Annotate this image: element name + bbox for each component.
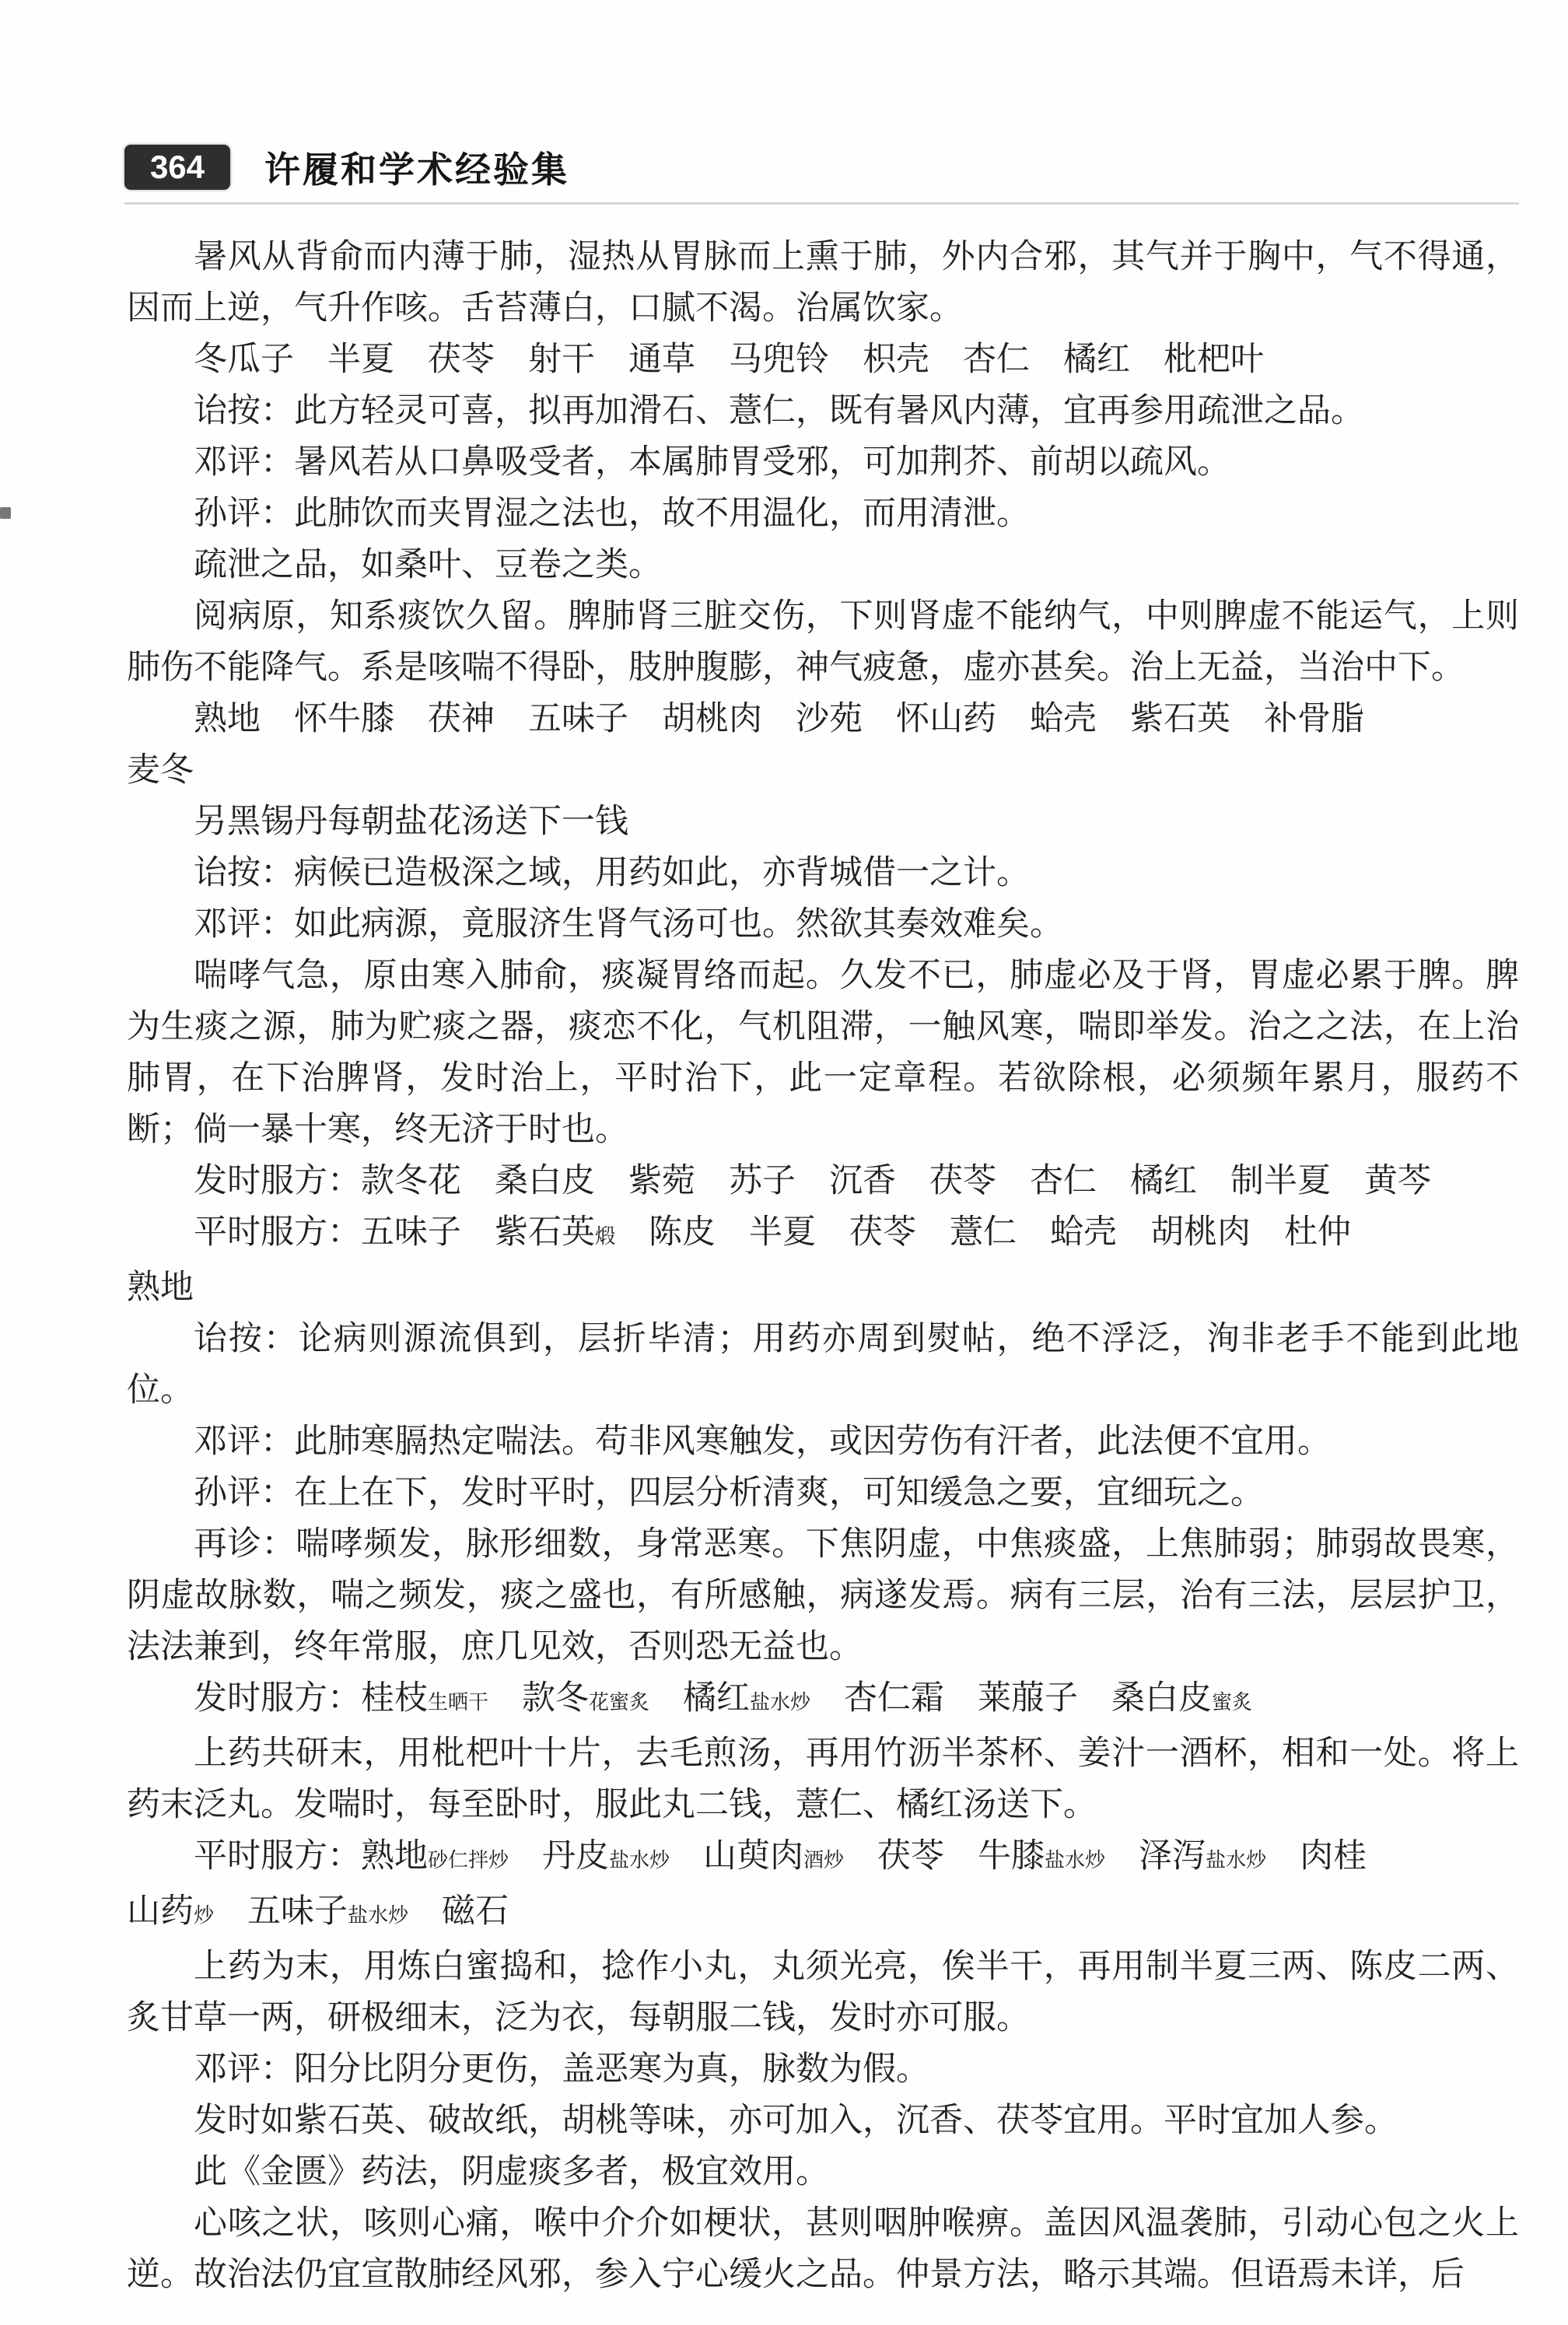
herb-prep-note: 盐水炒 xyxy=(348,1904,408,1927)
paragraph: 冬瓜子 半夏 茯苓 射干 通草 马兜铃 枳壳 杏仁 橘红 枇杷叶 xyxy=(127,334,1519,386)
herb-prep-note: 煅 xyxy=(595,1225,615,1248)
text-run: 邓评：如此病源，竟服济生肾气汤可也。然欲其奏效难矣。 xyxy=(194,906,1063,943)
text-run: 阅病原，知系痰饮久留。脾肺肾三脏交伤，下则肾虚不能纳气，中则脾虚不能运气，上则肺… xyxy=(127,598,1519,686)
text-run: 平时服方：熟地 xyxy=(194,1838,428,1875)
paragraph: 暑风从背俞而内薄于肺，湿热从胃脉而上熏于肺，外内合邪，其气并于胸中，气不得通，因… xyxy=(127,232,1519,334)
text-run: 上药为末，用炼白蜜捣和，捻作小丸，丸须光亮，俟半干，再用制半夏三两、陈皮二两、炙… xyxy=(127,1949,1519,2036)
text-run: 茯苓 牛膝 xyxy=(844,1838,1045,1875)
text-run: 发时服方：款冬花 桑白皮 紫菀 苏子 沉香 茯苓 杏仁 橘红 制半夏 黄芩 xyxy=(194,1163,1431,1199)
text-run: 杏仁霜 莱菔子 桑白皮 xyxy=(810,1680,1212,1717)
paragraph: 发时服方：桂枝生晒干 款冬花蜜炙 橘红盐水炒 杏仁霜 莱菔子 桑白皮蜜炙 xyxy=(127,1673,1519,1728)
herb-prep-note: 盐水炒 xyxy=(609,1849,670,1872)
text-run: 另黑锡丹每朝盐花汤送下一钱 xyxy=(194,804,628,840)
text-run: 泽泻 xyxy=(1105,1838,1206,1875)
text-run: 磁石 xyxy=(408,1893,509,1930)
paragraph: 上药共研末，用枇杷叶十片，去毛煎汤，再用竹沥半茶杯、姜汁一酒杯，相和一处。将上药… xyxy=(127,1728,1519,1831)
herb-prep-note: 生晒干 xyxy=(428,1691,488,1714)
book-page: 364 许履和学术经验集 暑风从背俞而内薄于肺，湿热从胃脉而上熏于肺，外内合邪，… xyxy=(0,0,1568,2325)
herb-prep-note: 盐水炒 xyxy=(1045,1849,1105,1872)
text-run: 邓评：阳分比阴分更伤，盖恶寒为真，脉数为假。 xyxy=(194,2051,929,2088)
herb-prep-note: 砂仁拌炒 xyxy=(428,1849,509,1872)
text-run: 山萸肉 xyxy=(670,1838,803,1875)
paragraph: 孙评：此肺饮而夹胃湿之法也，故不用温化，而用清泄。 xyxy=(127,488,1519,540)
text-run: 心咳之状，咳则心痛，喉中介介如梗状，甚则咽肿喉痹。盖因风温袭肺，引动心包之火上逆… xyxy=(127,2205,1519,2293)
text-run: 肉桂 xyxy=(1266,1838,1367,1875)
text-run: 山药 xyxy=(127,1893,194,1930)
text-run: 熟地 xyxy=(127,1269,194,1306)
text-run: 熟地 怀牛膝 茯神 五味子 胡桃肉 沙苑 怀山药 蛤壳 紫石英 补骨脂 xyxy=(194,701,1364,737)
page-body: 暑风从背俞而内薄于肺，湿热从胃脉而上熏于肺，外内合邪，其气并于胸中，气不得通，因… xyxy=(127,232,1519,2301)
text-run: 暑风从背俞而内薄于肺，湿热从胃脉而上熏于肺，外内合邪，其气并于胸中，气不得通，因… xyxy=(127,239,1519,327)
paragraph: 诒按：论病则源流俱到，层折毕清；用药亦周到熨帖，绝不浮泛，洵非老手不能到此地位。 xyxy=(127,1314,1519,1416)
text-run: 发时如紫石英、破故纸，胡桃等味，亦可加入，沉香、茯苓宜用。平时宜加人参。 xyxy=(194,2103,1398,2139)
paragraph: 疏泄之品，如桑叶、豆卷之类。 xyxy=(127,540,1519,591)
text-run: 橘红 xyxy=(649,1680,750,1717)
text-run: 诒按：此方轻灵可喜，拟再加滑石、薏仁，既有暑风内薄，宜再参用疏泄之品。 xyxy=(194,393,1364,429)
paragraph: 邓评：此肺寒膈热定喘法。苟非风寒触发，或因劳伤有汗者，此法便不宜用。 xyxy=(127,1416,1519,1468)
text-run: 丹皮 xyxy=(509,1838,609,1875)
paragraph: 上药为末，用炼白蜜捣和，捻作小丸，丸须光亮，俟半干，再用制半夏三两、陈皮二两、炙… xyxy=(127,1942,1519,2044)
paragraph: 另黑锡丹每朝盐花汤送下一钱 xyxy=(127,797,1519,848)
herb-prep-note: 盐水炒 xyxy=(750,1691,810,1714)
text-run: 孙评：在上在下，发时平时，四层分析清爽，可知缓急之要，宜细玩之。 xyxy=(194,1475,1264,1511)
text-run: 诒按：病候已造极深之域，用药如此，亦背城借一之计。 xyxy=(194,855,1030,891)
herb-prep-note: 炒 xyxy=(194,1904,214,1927)
text-run: 喘哮气急，原由寒入肺俞，痰凝胃络而起。久发不已，肺虚必及于肾，胃虚必累于脾。脾为… xyxy=(127,958,1519,1148)
text-run: 麦冬 xyxy=(127,752,194,789)
herb-prep-note: 酒炒 xyxy=(803,1849,844,1872)
paragraph: 平时服方：五味子 紫石英煅 陈皮 半夏 茯苓 薏仁 蛤壳 胡桃肉 杜仲熟地 xyxy=(127,1207,1519,1314)
paragraph: 发时如紫石英、破故纸，胡桃等味，亦可加入，沉香、茯苓宜用。平时宜加人参。 xyxy=(127,2096,1519,2147)
scan-artifact xyxy=(0,507,11,519)
herb-prep-note: 花蜜炙 xyxy=(589,1691,649,1714)
text-run: 疏泄之品，如桑叶、豆卷之类。 xyxy=(194,547,662,583)
text-run: 此《金匮》药法，阴虚痰多者，极宜效用。 xyxy=(194,2154,829,2190)
text-run: 发时服方：桂枝 xyxy=(194,1680,428,1717)
paragraph: 心咳之状，咳则心痛，喉中介介如梗状，甚则咽肿喉痹。盖因风温袭肺，引动心包之火上逆… xyxy=(127,2198,1519,2301)
text-run: 上药共研末，用枇杷叶十片，去毛煎汤，再用竹沥半茶杯、姜汁一酒杯，相和一处。将上药… xyxy=(127,1735,1519,1823)
page-number-badge: 364 xyxy=(124,145,230,190)
text-run: 款冬 xyxy=(488,1680,589,1717)
text-run: 邓评：暑风若从口鼻吸受者，本属肺胃受邪，可加荆芥、前胡以疏风。 xyxy=(194,444,1230,481)
text-run: 再诊：喘哮频发，脉形细数，身常恶寒。下焦阴虚，中焦痰盛，上焦肺弱；肺弱故畏寒，阴… xyxy=(127,1526,1519,1665)
text-run: 冬瓜子 半夏 茯苓 射干 通草 马兜铃 枳壳 杏仁 橘红 枇杷叶 xyxy=(194,341,1264,378)
text-run: 平时服方：五味子 紫石英 xyxy=(194,1214,595,1251)
book-title: 许履和学术经验集 xyxy=(264,142,569,193)
text-run: 陈皮 半夏 茯苓 薏仁 蛤壳 胡桃肉 杜仲 xyxy=(615,1214,1351,1251)
herb-prep-note: 盐水炒 xyxy=(1206,1849,1266,1872)
text-run: 邓评：此肺寒膈热定喘法。苟非风寒触发，或因劳伤有汗者，此法便不宜用。 xyxy=(194,1423,1331,1460)
paragraph: 诒按：病候已造极深之域，用药如此，亦背城借一之计。 xyxy=(127,848,1519,899)
paragraph: 再诊：喘哮频发，脉形细数，身常恶寒。下焦阴虚，中焦痰盛，上焦肺弱；肺弱故畏寒，阴… xyxy=(127,1519,1519,1673)
page-header: 364 许履和学术经验集 xyxy=(124,142,1519,205)
paragraph: 此《金匮》药法，阴虚痰多者，极宜效用。 xyxy=(127,2147,1519,2198)
paragraph: 发时服方：款冬花 桑白皮 紫菀 苏子 沉香 茯苓 杏仁 橘红 制半夏 黄芩 xyxy=(127,1156,1519,1207)
paragraph: 熟地 怀牛膝 茯神 五味子 胡桃肉 沙苑 怀山药 蛤壳 紫石英 补骨脂麦冬 xyxy=(127,694,1519,797)
paragraph: 喘哮气急，原由寒入肺俞，痰凝胃络而起。久发不已，肺虚必及于肾，胃虚必累于脾。脾为… xyxy=(127,951,1519,1156)
herb-prep-note: 蜜炙 xyxy=(1212,1691,1252,1714)
paragraph: 平时服方：熟地砂仁拌炒 丹皮盐水炒 山萸肉酒炒 茯苓 牛膝盐水炒 泽泻盐水炒 肉… xyxy=(127,1831,1519,1942)
paragraph: 孙评：在上在下，发时平时，四层分析清爽，可知缓急之要，宜细玩之。 xyxy=(127,1468,1519,1519)
text-run: 孙评：此肺饮而夹胃湿之法也，故不用温化，而用清泄。 xyxy=(194,495,1030,532)
text-run: 五味子 xyxy=(214,1893,348,1930)
paragraph: 邓评：阳分比阴分更伤，盖恶寒为真，脉数为假。 xyxy=(127,2044,1519,2096)
paragraph: 诒按：此方轻灵可喜，拟再加滑石、薏仁，既有暑风内薄，宜再参用疏泄之品。 xyxy=(127,386,1519,437)
paragraph: 邓评：暑风若从口鼻吸受者，本属肺胃受邪，可加荆芥、前胡以疏风。 xyxy=(127,437,1519,488)
paragraph: 邓评：如此病源，竟服济生肾气汤可也。然欲其奏效难矣。 xyxy=(127,899,1519,951)
text-run: 诒按：论病则源流俱到，层折毕清；用药亦周到熨帖，绝不浮泛，洵非老手不能到此地位。 xyxy=(127,1321,1519,1409)
paragraph: 阅病原，知系痰饮久留。脾肺肾三脏交伤，下则肾虚不能纳气，中则脾虚不能运气，上则肺… xyxy=(127,591,1519,694)
